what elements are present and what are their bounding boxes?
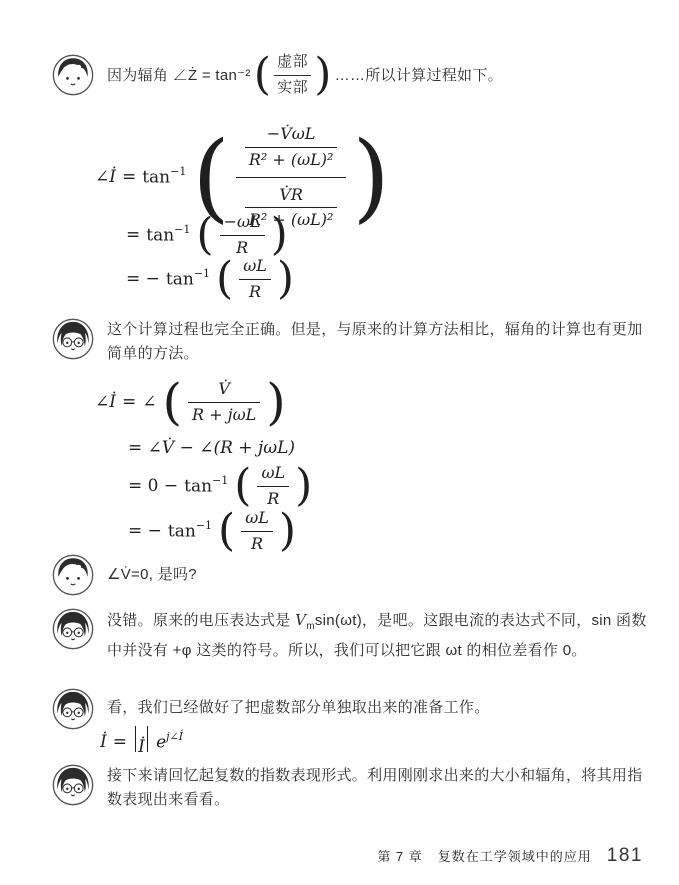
- speech-text: 接下来请回忆起复数的指数表现形式。利用刚刚求出来的大小和辐角，将其用指数表现出来…: [107, 764, 652, 812]
- speech-text: ……所以计算过程如下。: [335, 64, 503, 85]
- page-number: 181: [607, 845, 643, 867]
- fraction-imag-real: 虚部 实部: [274, 52, 311, 98]
- equals-minus: = −: [128, 521, 162, 541]
- fraction: ωL R: [241, 507, 273, 555]
- math-lhs: ∠İ: [95, 392, 116, 412]
- tan-function: tan−1: [184, 475, 228, 497]
- comic-page: 因为辐角 ∠Ż = tan⁻² ( 虚部 实部 ) ……所以计算过程如下。 ∠İ…: [0, 0, 679, 885]
- absolute-value: İ: [133, 726, 150, 757]
- math-expression: = ∠V̇ − ∠(R + jωL): [128, 438, 295, 458]
- boy-face-icon: [52, 554, 94, 596]
- fraction-numerator: 虚部: [274, 52, 311, 76]
- avatar-girl: [52, 318, 94, 360]
- denominator: R + jωL: [188, 403, 260, 426]
- abs-bar-right: [147, 726, 148, 752]
- fraction-denominator: 实部: [274, 76, 311, 98]
- avatar-girl: [52, 764, 94, 806]
- fraction: −ωL R: [220, 211, 265, 259]
- voltage-symbol: V: [295, 611, 306, 629]
- avatar-girl: [52, 608, 94, 650]
- dialogue-row-1: 因为辐角 ∠Ż = tan⁻² ( 虚部 实部 ) ……所以计算过程如下。: [52, 52, 503, 98]
- dialogue-row-3: ∠V̇=0, 是吗?: [52, 554, 507, 596]
- tan-function: tan−1: [166, 268, 210, 290]
- denominator: R: [241, 532, 273, 555]
- avatar-boy: [52, 54, 94, 96]
- dialogue-row-6: 接下来请回忆起复数的指数表现形式。利用刚刚求出来的大小和辐角，将其用指数表现出来…: [52, 764, 652, 812]
- fraction: ωL R: [257, 462, 289, 510]
- tan-function: tan−1: [146, 224, 190, 246]
- inner-fraction-top: −V̇ωL R² + (ωL)²: [245, 123, 338, 171]
- avatar-boy: [52, 554, 94, 596]
- formula-angle-i-line2: = tan−1 ( −ωL R ): [126, 211, 288, 259]
- outer-numerator: −V̇ωL R² + (ωL)²: [236, 120, 347, 178]
- numerator: −V̇ωL: [245, 123, 338, 148]
- denominator: R: [239, 280, 271, 303]
- numerator: V̇: [188, 378, 260, 403]
- speech-text: 看，我们已经做好了把虚数部分单独取出来的准备工作。: [107, 696, 652, 720]
- speech-text: 这个计算过程也完全正确。但是，与原来的计算方法相比，辐角的计算也有更加简单的方法…: [107, 318, 652, 366]
- numerator: V̇R: [245, 184, 338, 209]
- denominator: R² + (ωL)²: [245, 148, 338, 171]
- speech-segment: 没错。原来的电压表达式是: [107, 612, 295, 629]
- fraction: V̇ R + jωL: [188, 378, 260, 426]
- dialogue-text: 因为辐角 ∠Ż = tan⁻² ( 虚部 实部 ) ……所以计算过程如下。: [107, 52, 503, 98]
- dialogue-row-4: 没错。原来的电压表达式是 Vmsin(ωt)，是吧。这跟电流的表达式不同，sin…: [52, 608, 652, 663]
- tan-function: tan−1: [168, 520, 212, 542]
- boy-face-icon: [52, 54, 94, 96]
- tan-function: tan−1: [142, 166, 186, 188]
- dialogue-row-2: 这个计算过程也完全正确。但是，与原来的计算方法相比，辐角的计算也有更加简单的方法…: [52, 318, 652, 366]
- girl-face-icon: [52, 764, 94, 806]
- equals-zero-minus: = 0 −: [128, 476, 178, 496]
- numerator: ωL: [257, 462, 289, 487]
- numerator: −ωL: [220, 211, 265, 236]
- chapter-label: 第 7 章: [377, 846, 422, 865]
- equals-minus: = −: [126, 269, 160, 289]
- equals-sign: =: [122, 167, 136, 187]
- speech-text: 没错。原来的电压表达式是 Vmsin(ωt)，是吧。这跟电流的表达式不同，sin…: [107, 608, 652, 663]
- girl-face-icon: [52, 688, 94, 730]
- chapter-title: 复数在工学领域中的应用: [438, 846, 592, 865]
- formula-angle-i2-line3: = 0 − tan−1 ( ωL R ): [128, 462, 312, 510]
- girl-face-icon: [52, 318, 94, 360]
- formula-exponential: İ = İ ej∠İ: [100, 726, 183, 757]
- dialogue-row-5: 看，我们已经做好了把虚数部分单独取出来的准备工作。: [52, 688, 652, 730]
- angle-symbol: ∠: [142, 392, 156, 412]
- euler-e: ej∠İ: [156, 731, 183, 753]
- formula-angle-i2-line2: = ∠V̇ − ∠(R + jωL): [128, 438, 295, 458]
- math-lhs: İ: [100, 732, 107, 752]
- girl-face-icon: [52, 608, 94, 650]
- formula-angle-i-line3: = − tan−1 ( ωL R ): [126, 255, 294, 303]
- formula-angle-i2-line1: ∠İ = ∠ ( V̇ R + jωL ): [95, 378, 286, 426]
- math-lhs: ∠İ: [95, 167, 116, 187]
- speech-text: 因为辐角 ∠Ż = tan⁻²: [107, 64, 251, 85]
- avatar-girl: [52, 688, 94, 730]
- fraction: ωL R: [239, 255, 271, 303]
- equals-sign: =: [122, 392, 136, 412]
- formula-angle-i2-line4: = − tan−1 ( ωL R ): [128, 507, 296, 555]
- equals-sign: =: [126, 225, 140, 245]
- speech-text: ∠V̇=0, 是吗?: [107, 563, 507, 587]
- numerator: ωL: [239, 255, 271, 280]
- voltage-subscript: m: [306, 621, 315, 632]
- numerator: ωL: [241, 507, 273, 532]
- equals-sign: =: [113, 732, 127, 752]
- abs-bar-left: [135, 726, 136, 752]
- page-footer: 第 7 章 复数在工学领域中的应用 181: [377, 845, 643, 867]
